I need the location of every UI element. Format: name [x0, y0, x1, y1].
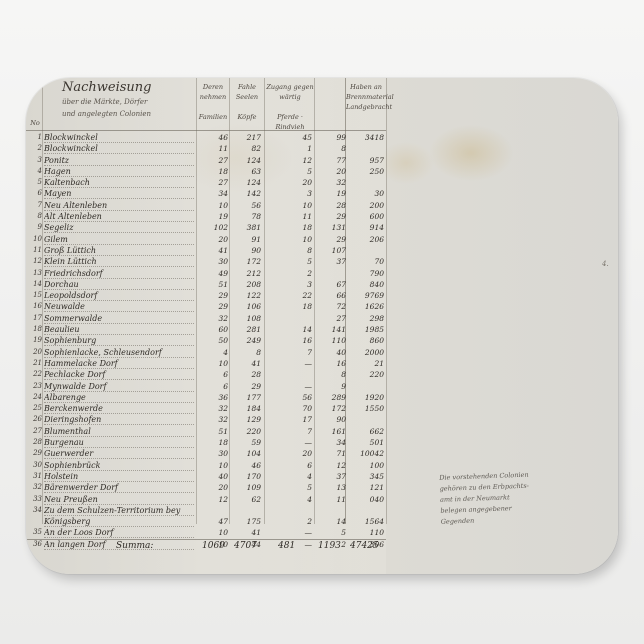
land: 1985 — [344, 325, 384, 334]
livestock-b: 8 — [316, 370, 346, 379]
table-row: 6Mayen3414231930 — [26, 189, 386, 200]
families: 10 — [198, 528, 228, 537]
row-number: 11 — [30, 246, 42, 254]
livestock-a: 20 — [272, 449, 312, 458]
livestock-b: 29 — [316, 235, 346, 244]
livestock-a: 1 — [272, 144, 312, 153]
row-number: 5 — [30, 178, 42, 186]
souls: 106 — [231, 302, 261, 311]
row-number: 9 — [30, 223, 42, 231]
families: 51 — [198, 280, 228, 289]
land: 600 — [344, 212, 384, 221]
souls: 184 — [231, 404, 261, 413]
families: 41 — [198, 246, 228, 255]
land: 21 — [344, 359, 384, 368]
livestock-b: 34 — [316, 438, 346, 447]
table-row: 20Sophienlacke, Schleusendorf487402000 — [26, 348, 386, 359]
table-row: 17Sommerwalde3210827298 — [26, 314, 386, 325]
souls: 381 — [231, 223, 261, 232]
row-number: 34 — [30, 506, 42, 514]
livestock-a: — — [272, 359, 312, 368]
table-row: 3Ponitz271241277957 — [26, 156, 386, 167]
families: 102 — [198, 223, 228, 232]
column-header-souls: Fahle Seelen Köpfe — [230, 82, 264, 122]
livestock-a: 4 — [272, 472, 312, 481]
place-name: Kaltenbach — [44, 178, 194, 188]
column-rule — [386, 78, 387, 524]
families: 30 — [198, 257, 228, 266]
livestock-b: 107 — [316, 246, 346, 255]
row-number: 21 — [30, 359, 42, 367]
livestock-a: — — [272, 382, 312, 391]
place-name: Segeliz — [44, 223, 194, 233]
summa-livestock-a: 481 — [278, 541, 295, 551]
header-line: Zugang gegen — [265, 82, 315, 92]
souls: 129 — [231, 415, 261, 424]
souls: 249 — [231, 336, 261, 345]
row-number: 12 — [30, 257, 42, 265]
livestock-a: 4 — [272, 495, 312, 504]
table-row: 13Friedrichsdorf492122790 — [26, 269, 386, 280]
families: 40 — [198, 472, 228, 481]
livestock-a: 22 — [272, 291, 312, 300]
souls: 108 — [231, 314, 261, 323]
header-line: Köpfe — [230, 112, 264, 122]
table-row: 31Holstein40170437345 — [26, 472, 386, 483]
land: 790 — [344, 269, 384, 278]
land: 100 — [344, 461, 384, 470]
families: 18 — [198, 438, 228, 447]
document-subtitle: und angelegten Colonien — [62, 110, 151, 118]
land: 1564 — [344, 517, 384, 526]
place-name: Guerwerder — [44, 449, 194, 459]
livestock-a: 6 — [272, 461, 312, 470]
row-number: 6 — [30, 189, 42, 197]
livestock-b: 131 — [316, 223, 346, 232]
souls: 59 — [231, 438, 261, 447]
place-name: Gilem — [44, 235, 194, 245]
place-name: Bärenwerder Dorf — [44, 483, 194, 493]
livestock-b: 11 — [316, 495, 346, 504]
livestock-a: 14 — [272, 325, 312, 334]
row-number: 19 — [30, 336, 42, 344]
land: 206 — [344, 235, 384, 244]
header-line: Brennmaterial — [346, 92, 386, 102]
livestock-a: 18 — [272, 302, 312, 311]
souls: 220 — [231, 427, 261, 436]
place-name: Burgenau — [44, 438, 194, 448]
place-name: Dieringshofen — [44, 415, 194, 425]
header-line: Landgebracht — [346, 102, 386, 112]
table-row: 12Klein Lüttich3017253770 — [26, 257, 386, 268]
table-row: 7Neu Altenleben10561028200 — [26, 201, 386, 212]
livestock-a: — — [272, 528, 312, 537]
families: 19 — [198, 212, 228, 221]
souls: 91 — [231, 235, 261, 244]
land: 10042 — [344, 449, 384, 458]
land: 040 — [344, 495, 384, 504]
summa-families: 1069 — [202, 541, 225, 551]
row-number: 15 — [30, 291, 42, 299]
souls: 170 — [231, 472, 261, 481]
header-line: Haben an — [346, 82, 386, 92]
families: 50 — [198, 336, 228, 345]
place-name: Hammelacke Dorf — [44, 359, 194, 369]
table-row: 22Pechlacke Dorf6288220 — [26, 370, 386, 381]
row-number: 22 — [30, 370, 42, 378]
families: 10 — [198, 201, 228, 210]
souls: 208 — [231, 280, 261, 289]
summa-label: Summa: — [116, 541, 153, 551]
livestock-b: 72 — [316, 302, 346, 311]
index-header: No — [28, 118, 42, 128]
families: 29 — [198, 302, 228, 311]
row-number: 24 — [30, 393, 42, 401]
livestock-a: 45 — [272, 133, 312, 142]
place-name: Neuwalde — [44, 302, 194, 312]
document-title: Nachweisung — [62, 80, 152, 95]
place-name: Dorchau — [44, 280, 194, 290]
souls: 124 — [231, 178, 261, 187]
land: 250 — [344, 167, 384, 176]
land: 200 — [344, 201, 384, 210]
place-name: Alt Altenleben — [44, 212, 194, 222]
table-row: 33Neu Preußen1262411040 — [26, 495, 386, 506]
families: 6 — [198, 370, 228, 379]
land: 1550 — [344, 404, 384, 413]
row-number: 27 — [30, 427, 42, 435]
livestock-b: 16 — [316, 359, 346, 368]
souls: 63 — [231, 167, 261, 176]
table-row: 14Dorchau51208367840 — [26, 280, 386, 291]
families: 27 — [198, 156, 228, 165]
row-number: 7 — [30, 201, 42, 209]
land: 30 — [344, 189, 384, 198]
livestock-b: 27 — [316, 314, 346, 323]
families: 32 — [198, 314, 228, 323]
families: 18 — [198, 167, 228, 176]
livestock-b: 90 — [316, 415, 346, 424]
livestock-b: 8 — [316, 144, 346, 153]
livestock-a: — — [272, 438, 312, 447]
souls: 28 — [231, 370, 261, 379]
livestock-a: 5 — [272, 167, 312, 176]
column-header-land: Haben an Brennmaterial Landgebracht — [346, 82, 386, 112]
header-line: nehmen — [197, 92, 229, 102]
land: 2000 — [344, 348, 384, 357]
land: 220 — [344, 370, 384, 379]
table-row: 1Blockwinckel4621745993418 — [26, 133, 386, 144]
livestock-b: 37 — [316, 257, 346, 266]
livestock-a: 12 — [272, 156, 312, 165]
families: 36 — [198, 393, 228, 402]
livestock-b: 9 — [316, 382, 346, 391]
families: 4 — [198, 348, 228, 357]
livestock-a: 56 — [272, 393, 312, 402]
table-row: 27Blumenthal512207161662 — [26, 427, 386, 438]
souls: 217 — [231, 133, 261, 142]
souls: 29 — [231, 382, 261, 391]
row-number: 28 — [30, 438, 42, 446]
ledger-page: Nachweisung über die Märkte, Dörfer und … — [26, 78, 386, 574]
table-row: 29Guerwerder30104207110042 — [26, 449, 386, 460]
row-number: 14 — [30, 280, 42, 288]
summa-livestock-b: 1193 — [318, 541, 341, 551]
livestock-a: 5 — [272, 257, 312, 266]
row-number: 8 — [30, 212, 42, 220]
souls: 90 — [231, 246, 261, 255]
families: 11 — [198, 144, 228, 153]
souls: 8 — [231, 348, 261, 357]
livestock-b: 14 — [316, 517, 346, 526]
livestock-b: 20 — [316, 167, 346, 176]
document-subtitle: über die Märkte, Dörfer — [62, 98, 147, 106]
table-row: Königsberg471752141564 — [26, 517, 386, 528]
row-number: 30 — [30, 461, 42, 469]
livestock-b: 29 — [316, 212, 346, 221]
livestock-a: 16 — [272, 336, 312, 345]
row-number: 13 — [30, 269, 42, 277]
place-name: Mayen — [44, 189, 194, 199]
souls: 124 — [231, 156, 261, 165]
livestock-b: 66 — [316, 291, 346, 300]
place-name: Berckenwerde — [44, 404, 194, 414]
families: 32 — [198, 415, 228, 424]
livestock-a: 10 — [272, 235, 312, 244]
land: 914 — [344, 223, 384, 232]
table-row: 23Mynwalde Dorf629—9 — [26, 382, 386, 393]
column-header-families: Deren nehmen Familien — [197, 82, 229, 122]
row-number: 10 — [30, 235, 42, 243]
souls: 78 — [231, 212, 261, 221]
souls: 82 — [231, 144, 261, 153]
livestock-a: 18 — [272, 223, 312, 232]
families: 46 — [198, 133, 228, 142]
row-number: 2 — [30, 144, 42, 152]
land: 9769 — [344, 291, 384, 300]
place-name: Königsberg — [44, 517, 194, 527]
souls: 41 — [231, 528, 261, 537]
summa-souls: 4707 — [234, 541, 257, 551]
livestock-a: 2 — [272, 517, 312, 526]
table-row: 24Albarenge36177562891920 — [26, 393, 386, 404]
row-number: 18 — [30, 325, 42, 333]
place-name: Sommerwalde — [44, 314, 194, 324]
families: 60 — [198, 325, 228, 334]
souls: 109 — [231, 483, 261, 492]
land: 1920 — [344, 393, 384, 402]
livestock-b: 289 — [316, 393, 346, 402]
families: 6 — [198, 382, 228, 391]
header-rule — [26, 130, 386, 131]
place-name: Groß Lüttich — [44, 246, 194, 256]
summa-land: 47425 — [350, 541, 379, 551]
table-row: 18Beaulieu60281141411985 — [26, 325, 386, 336]
row-number: 3 — [30, 156, 42, 164]
table-row: 28Burgenau1859—34501 — [26, 438, 386, 449]
families: 29 — [198, 291, 228, 300]
livestock-b: 71 — [316, 449, 346, 458]
livestock-b: 32 — [316, 178, 346, 187]
column-header-livestock: Zugang gegen wärtig Pferde · Rindvieh — [265, 82, 315, 132]
table-row: 19Sophienburg5024916110860 — [26, 336, 386, 347]
table-row: 30Sophienbrück1046612100 — [26, 461, 386, 472]
table-row: 34Zu dem Schulzen-Territorium bey — [26, 506, 386, 517]
place-name: Sophienlacke, Schleusendorf — [44, 348, 194, 358]
table-row: 8Alt Altenleben19781129600 — [26, 212, 386, 223]
table-row: 35An der Loos Dorf1041—5110 — [26, 528, 386, 539]
families: 30 — [198, 449, 228, 458]
livestock-b: 67 — [316, 280, 346, 289]
summa-row: Summa: 1069 4707 481 1193 47425 — [26, 541, 386, 555]
livestock-a: 10 — [272, 201, 312, 210]
land: 110 — [344, 528, 384, 537]
table-row: 15Leopoldsdorf2912222669769 — [26, 291, 386, 302]
families: 51 — [198, 427, 228, 436]
ledger-rows: 1Blockwinckel46217459934182Blockwinckel1… — [26, 133, 386, 551]
table-row: 4Hagen1863520250 — [26, 167, 386, 178]
place-name: Klein Lüttich — [44, 257, 194, 267]
row-number: 33 — [30, 495, 42, 503]
souls: 56 — [231, 201, 261, 210]
souls: 104 — [231, 449, 261, 458]
land: 345 — [344, 472, 384, 481]
table-row: 16Neuwalde2910618721626 — [26, 302, 386, 313]
place-name: Blockwinckel — [44, 144, 194, 154]
livestock-a: 7 — [272, 427, 312, 436]
livestock-a: 3 — [272, 189, 312, 198]
row-number: 35 — [30, 528, 42, 536]
table-row: 10Gilem20911029206 — [26, 235, 386, 246]
livestock-b: 19 — [316, 189, 346, 198]
livestock-b: 99 — [316, 133, 346, 142]
table-row: 2Blockwinckel118218 — [26, 144, 386, 155]
row-number: 31 — [30, 472, 42, 480]
land: 957 — [344, 156, 384, 165]
table-row: 11Groß Lüttich41908107 — [26, 246, 386, 257]
place-name: Neu Preußen — [44, 495, 194, 505]
families: 34 — [198, 189, 228, 198]
row-number: 32 — [30, 483, 42, 491]
header-line: Familien — [197, 112, 229, 122]
land: 860 — [344, 336, 384, 345]
header-line: wärtig — [265, 92, 315, 102]
souls: 142 — [231, 189, 261, 198]
souls: 281 — [231, 325, 261, 334]
summa-rule — [26, 539, 386, 540]
land: 662 — [344, 427, 384, 436]
place-name: Holstein — [44, 472, 194, 482]
livestock-a: 70 — [272, 404, 312, 413]
families: 49 — [198, 269, 228, 278]
place-name: Neu Altenleben — [44, 201, 194, 211]
livestock-b: 28 — [316, 201, 346, 210]
place-name: Pechlacke Dorf — [44, 370, 194, 380]
row-number: 25 — [30, 404, 42, 412]
families: 27 — [198, 178, 228, 187]
livestock-b: 141 — [316, 325, 346, 334]
header-line: Seelen — [230, 92, 264, 102]
header-line: Pferde · Rindvieh — [265, 112, 315, 132]
land: 70 — [344, 257, 384, 266]
margin-mark: 4. — [602, 260, 609, 268]
livestock-b: 172 — [316, 404, 346, 413]
families: 10 — [198, 359, 228, 368]
livestock-a: 8 — [272, 246, 312, 255]
livestock-b: 110 — [316, 336, 346, 345]
livestock-a: 7 — [272, 348, 312, 357]
place-name: Sophienbrück — [44, 461, 194, 471]
families: 32 — [198, 404, 228, 413]
row-number: 17 — [30, 314, 42, 322]
livestock-a: 11 — [272, 212, 312, 221]
row-number: 29 — [30, 449, 42, 457]
livestock-a: 2 — [272, 269, 312, 278]
families: 20 — [198, 483, 228, 492]
livestock-a: 20 — [272, 178, 312, 187]
souls: 122 — [231, 291, 261, 300]
margin-note: Die vorstehenden Colonien gehören zu den… — [439, 467, 601, 528]
souls: 46 — [231, 461, 261, 470]
souls: 172 — [231, 257, 261, 266]
souls: 212 — [231, 269, 261, 278]
place-name: Zu dem Schulzen-Territorium bey — [44, 506, 194, 516]
table-row: 5Kaltenbach271242032 — [26, 178, 386, 189]
souls: 177 — [231, 393, 261, 402]
souls: 62 — [231, 495, 261, 504]
row-number: 1 — [30, 133, 42, 141]
livestock-b: 5 — [316, 528, 346, 537]
row-number: 20 — [30, 348, 42, 356]
place-name: Albarenge — [44, 393, 194, 403]
livestock-a: 5 — [272, 483, 312, 492]
livestock-b: 12 — [316, 461, 346, 470]
livestock-b: 161 — [316, 427, 346, 436]
header-line: Fahle — [230, 82, 264, 92]
place-name: Mynwalde Dorf — [44, 382, 194, 392]
table-row: 21Hammelacke Dorf1041—1621 — [26, 359, 386, 370]
livestock-b: 37 — [316, 472, 346, 481]
place-name: Ponitz — [44, 156, 194, 166]
place-name: Sophienburg — [44, 336, 194, 346]
land: 121 — [344, 483, 384, 492]
land: 3418 — [344, 133, 384, 142]
land: 840 — [344, 280, 384, 289]
header-line: Deren — [197, 82, 229, 92]
row-number: 16 — [30, 302, 42, 310]
livestock-a: 3 — [272, 280, 312, 289]
families: 47 — [198, 517, 228, 526]
livestock-b: 40 — [316, 348, 346, 357]
table-row: 26Dieringshofen321291790 — [26, 415, 386, 426]
livestock-b: 77 — [316, 156, 346, 165]
souls: 175 — [231, 517, 261, 526]
place-name: Blockwinckel — [44, 133, 194, 143]
place-name: Friedrichsdorf — [44, 269, 194, 279]
table-row: 25Berckenwerde32184701721550 — [26, 404, 386, 415]
place-name: An der Loos Dorf — [44, 528, 194, 538]
row-number: 26 — [30, 415, 42, 423]
souls: 41 — [231, 359, 261, 368]
land: 298 — [344, 314, 384, 323]
row-number: 23 — [30, 382, 42, 390]
livestock-b: 13 — [316, 483, 346, 492]
families: 12 — [198, 495, 228, 504]
table-row: 32Bärenwerder Dorf20109513121 — [26, 483, 386, 494]
families: 20 — [198, 235, 228, 244]
table-row: 9Segeliz10238118131914 — [26, 223, 386, 234]
place-name: Hagen — [44, 167, 194, 177]
